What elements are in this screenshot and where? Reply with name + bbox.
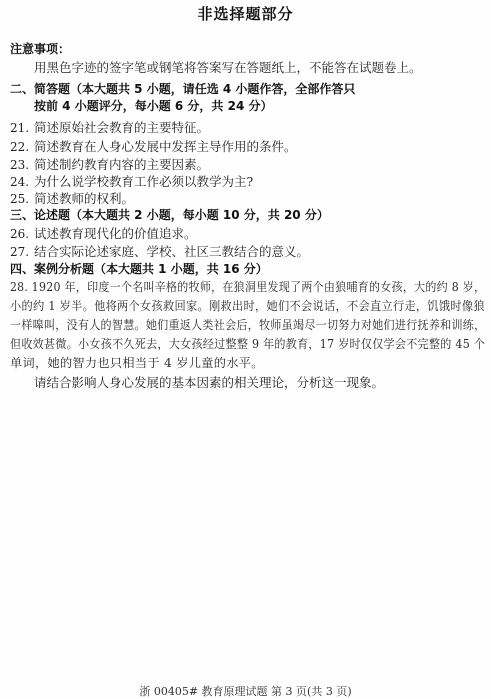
question-text: 简述教育在人身心发展中发挥主导作用的条件。 <box>34 139 297 154</box>
question-25: 25.简述教师的权利。 <box>10 189 134 207</box>
question-number: 25. <box>10 192 34 206</box>
page-footer: 浙 00405# 教育原理试题 第 3 页(共 3 页) <box>0 683 491 699</box>
question-text: 试述教育现代化的价值追求。 <box>34 226 197 241</box>
section-3-heading: 三、论述题（本大题共 2 小题，每小题 10 分，共 20 分） <box>10 206 329 223</box>
question-23: 23.简述制约教育内容的主要因素。 <box>10 155 209 173</box>
question-number: 22. <box>10 140 34 154</box>
notice-text: 用黑色字迹的签字笔或钢笔将答案写在答题纸上，不能答在试题卷上。 <box>34 58 422 76</box>
question-text: 简述教师的权利。 <box>34 191 134 206</box>
question-number: 24. <box>10 175 34 189</box>
case-line-1: 28.1920 年，印度一个名叫辛格的牧师，在狼洞里发现了两个由狼哺育的女孩，大… <box>10 278 485 295</box>
question-number: 26. <box>10 227 34 241</box>
question-text: 简述制约教育内容的主要因素。 <box>34 157 209 172</box>
question-26: 26.试述教育现代化的价值追求。 <box>10 224 197 242</box>
section-4-heading: 四、案例分析题（本大题共 1 小题，共 16 分） <box>10 260 268 277</box>
section-2-heading: 二、简答题（本大题共 5 小题，请任选 4 小题作答，全部作答只 <box>10 80 355 97</box>
question-number: 28. <box>10 280 32 294</box>
question-number: 21. <box>10 121 34 135</box>
question-text: 为什么说学校教育工作必须以教学为主? <box>34 174 253 189</box>
case-line-3: 一样嗥叫，没有人的智慧。她们重返人类社会后，牧师虽竭尽一切努力对她们进行抚养和训… <box>10 316 485 333</box>
case-prompt: 请结合影响人身心发展的基本因素的相关理论，分析这一现象。 <box>34 373 384 391</box>
case-line-4: 但收效甚微。小女孩不久死去，大女孩经过整整 9 年的教育，17 岁时仅仅学会不完… <box>10 335 485 352</box>
question-21: 21.简述原始社会教育的主要特征。 <box>10 118 209 136</box>
question-number: 27. <box>10 245 34 259</box>
section-2-heading-cont: 按前 4 小题评分，每小题 6 分，共 24 分） <box>34 97 272 114</box>
question-number: 23. <box>10 158 34 172</box>
question-text: 结合实际论述家庭、学校、社区三教结合的意义。 <box>34 244 309 259</box>
notice-heading: 注意事项： <box>10 40 70 57</box>
page-title: 非选择题部分 <box>0 3 491 24</box>
question-text: 简述原始社会教育的主要特征。 <box>34 120 209 135</box>
case-line-2: 小的约 1 岁半。他将两个女孩救回家。刚救出时，她们不会说话，不会直立行走，饥饿… <box>10 297 485 314</box>
question-24: 24.为什么说学校教育工作必须以教学为主? <box>10 172 253 190</box>
question-27: 27.结合实际论述家庭、学校、社区三教结合的意义。 <box>10 242 309 260</box>
case-text: 1920 年，印度一个名叫辛格的牧师，在狼洞里发现了两个由狼哺育的女孩，大的约 … <box>32 280 486 294</box>
case-line-5: 单词，她的智力也只相当于 4 岁儿童的水平。 <box>10 354 264 371</box>
question-22: 22.简述教育在人身心发展中发挥主导作用的条件。 <box>10 137 297 155</box>
